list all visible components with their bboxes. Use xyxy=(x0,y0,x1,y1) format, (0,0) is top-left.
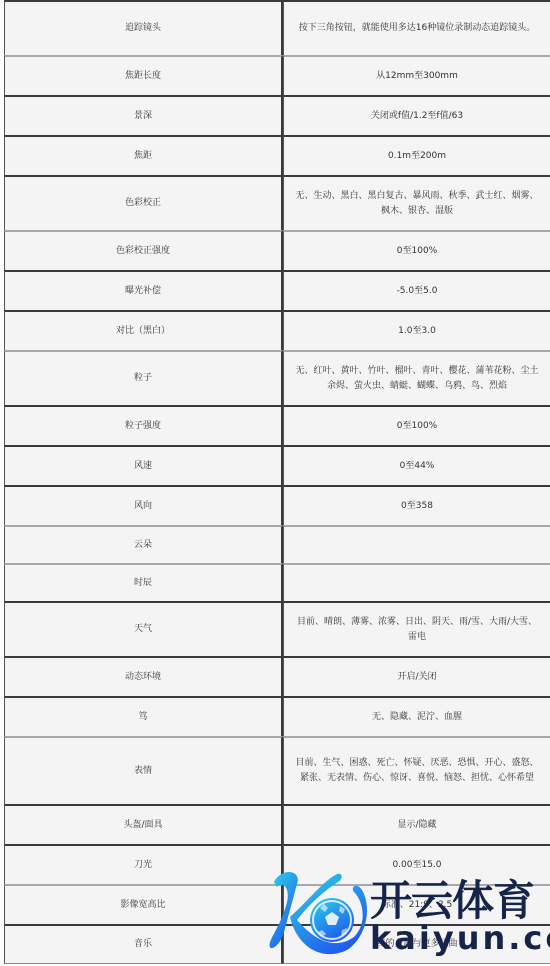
row-label: 刀光 xyxy=(4,844,283,884)
row-label: 表情 xyxy=(4,736,283,804)
table-row: 笃无、隐藏、泥泞、血腥 xyxy=(4,696,550,736)
table-row: 景深关闭或f值/1.2至f值/63 xyxy=(4,95,550,135)
table-row: 风向0至358 xyxy=(4,485,550,525)
row-label: 笃 xyxy=(4,696,283,736)
table-row: 表情目前、生气、困惑、死亡、怀疑、厌恶、恐惧、开心、盛怒、紧张、无表情、伤心、惊… xyxy=(4,736,550,804)
row-value: 0至100% xyxy=(283,405,550,445)
row-label: 云朵 xyxy=(4,525,283,563)
table-row: 色彩校正强度0至100% xyxy=(4,230,550,270)
row-label: 风向 xyxy=(4,485,283,525)
row-value: 笃的主题与更多乐曲 xyxy=(283,924,550,964)
row-value: 显示/隐藏 xyxy=(283,804,550,844)
spec-table-container: 追踪镜头按下三角按钮，就能使用多达16种镜位录制动态追踪镜头。焦距长度从12mm… xyxy=(4,0,548,964)
row-label: 天气 xyxy=(4,601,283,656)
table-row: 风速0至44% xyxy=(4,445,550,485)
row-value: 按下三角按钮，就能使用多达16种镜位录制动态追踪镜头。 xyxy=(283,0,550,55)
table-row: 焦距长度从12mm至300mm xyxy=(4,55,550,95)
table-row: 动态环境开启/关闭 xyxy=(4,656,550,696)
spec-table: 追踪镜头按下三角按钮，就能使用多达16种镜位录制动态追踪镜头。焦距长度从12mm… xyxy=(4,0,550,964)
table-row: 天气目前、晴朗、薄雾、浓雾、日出、阴天、雨/雪、大雨/大雪、雷电 xyxy=(4,601,550,656)
row-label: 对比（黑白） xyxy=(4,310,283,350)
row-value: 目前、生气、困惑、死亡、怀疑、厌恶、恐惧、开心、盛怒、紧张、无表情、伤心、惊讶、… xyxy=(283,736,550,804)
table-row: 对比（黑白）1.0至3.0 xyxy=(4,310,550,350)
row-value: 关闭或f值/1.2至f值/63 xyxy=(283,95,550,135)
row-value xyxy=(283,563,550,601)
row-value: 0至100% xyxy=(283,230,550,270)
row-label: 曝光补偿 xyxy=(4,270,283,310)
row-value xyxy=(283,525,550,563)
row-label: 音乐 xyxy=(4,924,283,964)
row-value: 从12mm至300mm xyxy=(283,55,550,95)
table-row: 追踪镜头按下三角按钮，就能使用多达16种镜位录制动态追踪镜头。 xyxy=(4,0,550,55)
row-value: 无、隐藏、泥泞、血腥 xyxy=(283,696,550,736)
row-label: 色彩校正 xyxy=(4,175,283,230)
row-label: 景深 xyxy=(4,95,283,135)
table-row: 焦距0.1m至200m xyxy=(4,135,550,175)
row-label: 动态环境 xyxy=(4,656,283,696)
row-value: 标准、21:9、2.5 xyxy=(283,884,550,924)
row-label: 时辰 xyxy=(4,563,283,601)
row-value: 0至358 xyxy=(283,485,550,525)
row-label: 粒子 xyxy=(4,350,283,405)
row-value: 目前、晴朗、薄雾、浓雾、日出、阴天、雨/雪、大雨/大雪、雷电 xyxy=(283,601,550,656)
row-label: 焦距长度 xyxy=(4,55,283,95)
table-row: 时辰 xyxy=(4,563,550,601)
row-value: 开启/关闭 xyxy=(283,656,550,696)
row-value: 0.1m至200m xyxy=(283,135,550,175)
row-value: 无、红叶、黄叶、竹叶、榴叶、青叶、樱花、蒲苇花粉、尘土余烬、萤火虫、蜻蜓、蝴蝶、… xyxy=(283,350,550,405)
table-row: 刀光0.00至15.0 xyxy=(4,844,550,884)
row-label: 头盔/面具 xyxy=(4,804,283,844)
row-label: 影像宽高比 xyxy=(4,884,283,924)
row-value: 无、生动、黑白、黑白复古、暴风雨、秋季、武士红、烟雾、枫木、银杏、湿版 xyxy=(283,175,550,230)
row-label: 追踪镜头 xyxy=(4,0,283,55)
table-row: 头盔/面具显示/隐藏 xyxy=(4,804,550,844)
table-row: 曝光补偿-5.0至5.0 xyxy=(4,270,550,310)
row-label: 风速 xyxy=(4,445,283,485)
row-value: 1.0至3.0 xyxy=(283,310,550,350)
row-label: 色彩校正强度 xyxy=(4,230,283,270)
row-label: 焦距 xyxy=(4,135,283,175)
table-row: 音乐笃的主题与更多乐曲 xyxy=(4,924,550,964)
row-value: -5.0至5.0 xyxy=(283,270,550,310)
table-row: 影像宽高比标准、21:9、2.5 xyxy=(4,884,550,924)
row-value: 0至44% xyxy=(283,445,550,485)
row-value: 0.00至15.0 xyxy=(283,844,550,884)
table-row: 色彩校正无、生动、黑白、黑白复古、暴风雨、秋季、武士红、烟雾、枫木、银杏、湿版 xyxy=(4,175,550,230)
table-row: 云朵 xyxy=(4,525,550,563)
table-row: 粒子强度0至100% xyxy=(4,405,550,445)
row-label: 粒子强度 xyxy=(4,405,283,445)
table-row: 粒子无、红叶、黄叶、竹叶、榴叶、青叶、樱花、蒲苇花粉、尘土余烬、萤火虫、蜻蜓、蝴… xyxy=(4,350,550,405)
